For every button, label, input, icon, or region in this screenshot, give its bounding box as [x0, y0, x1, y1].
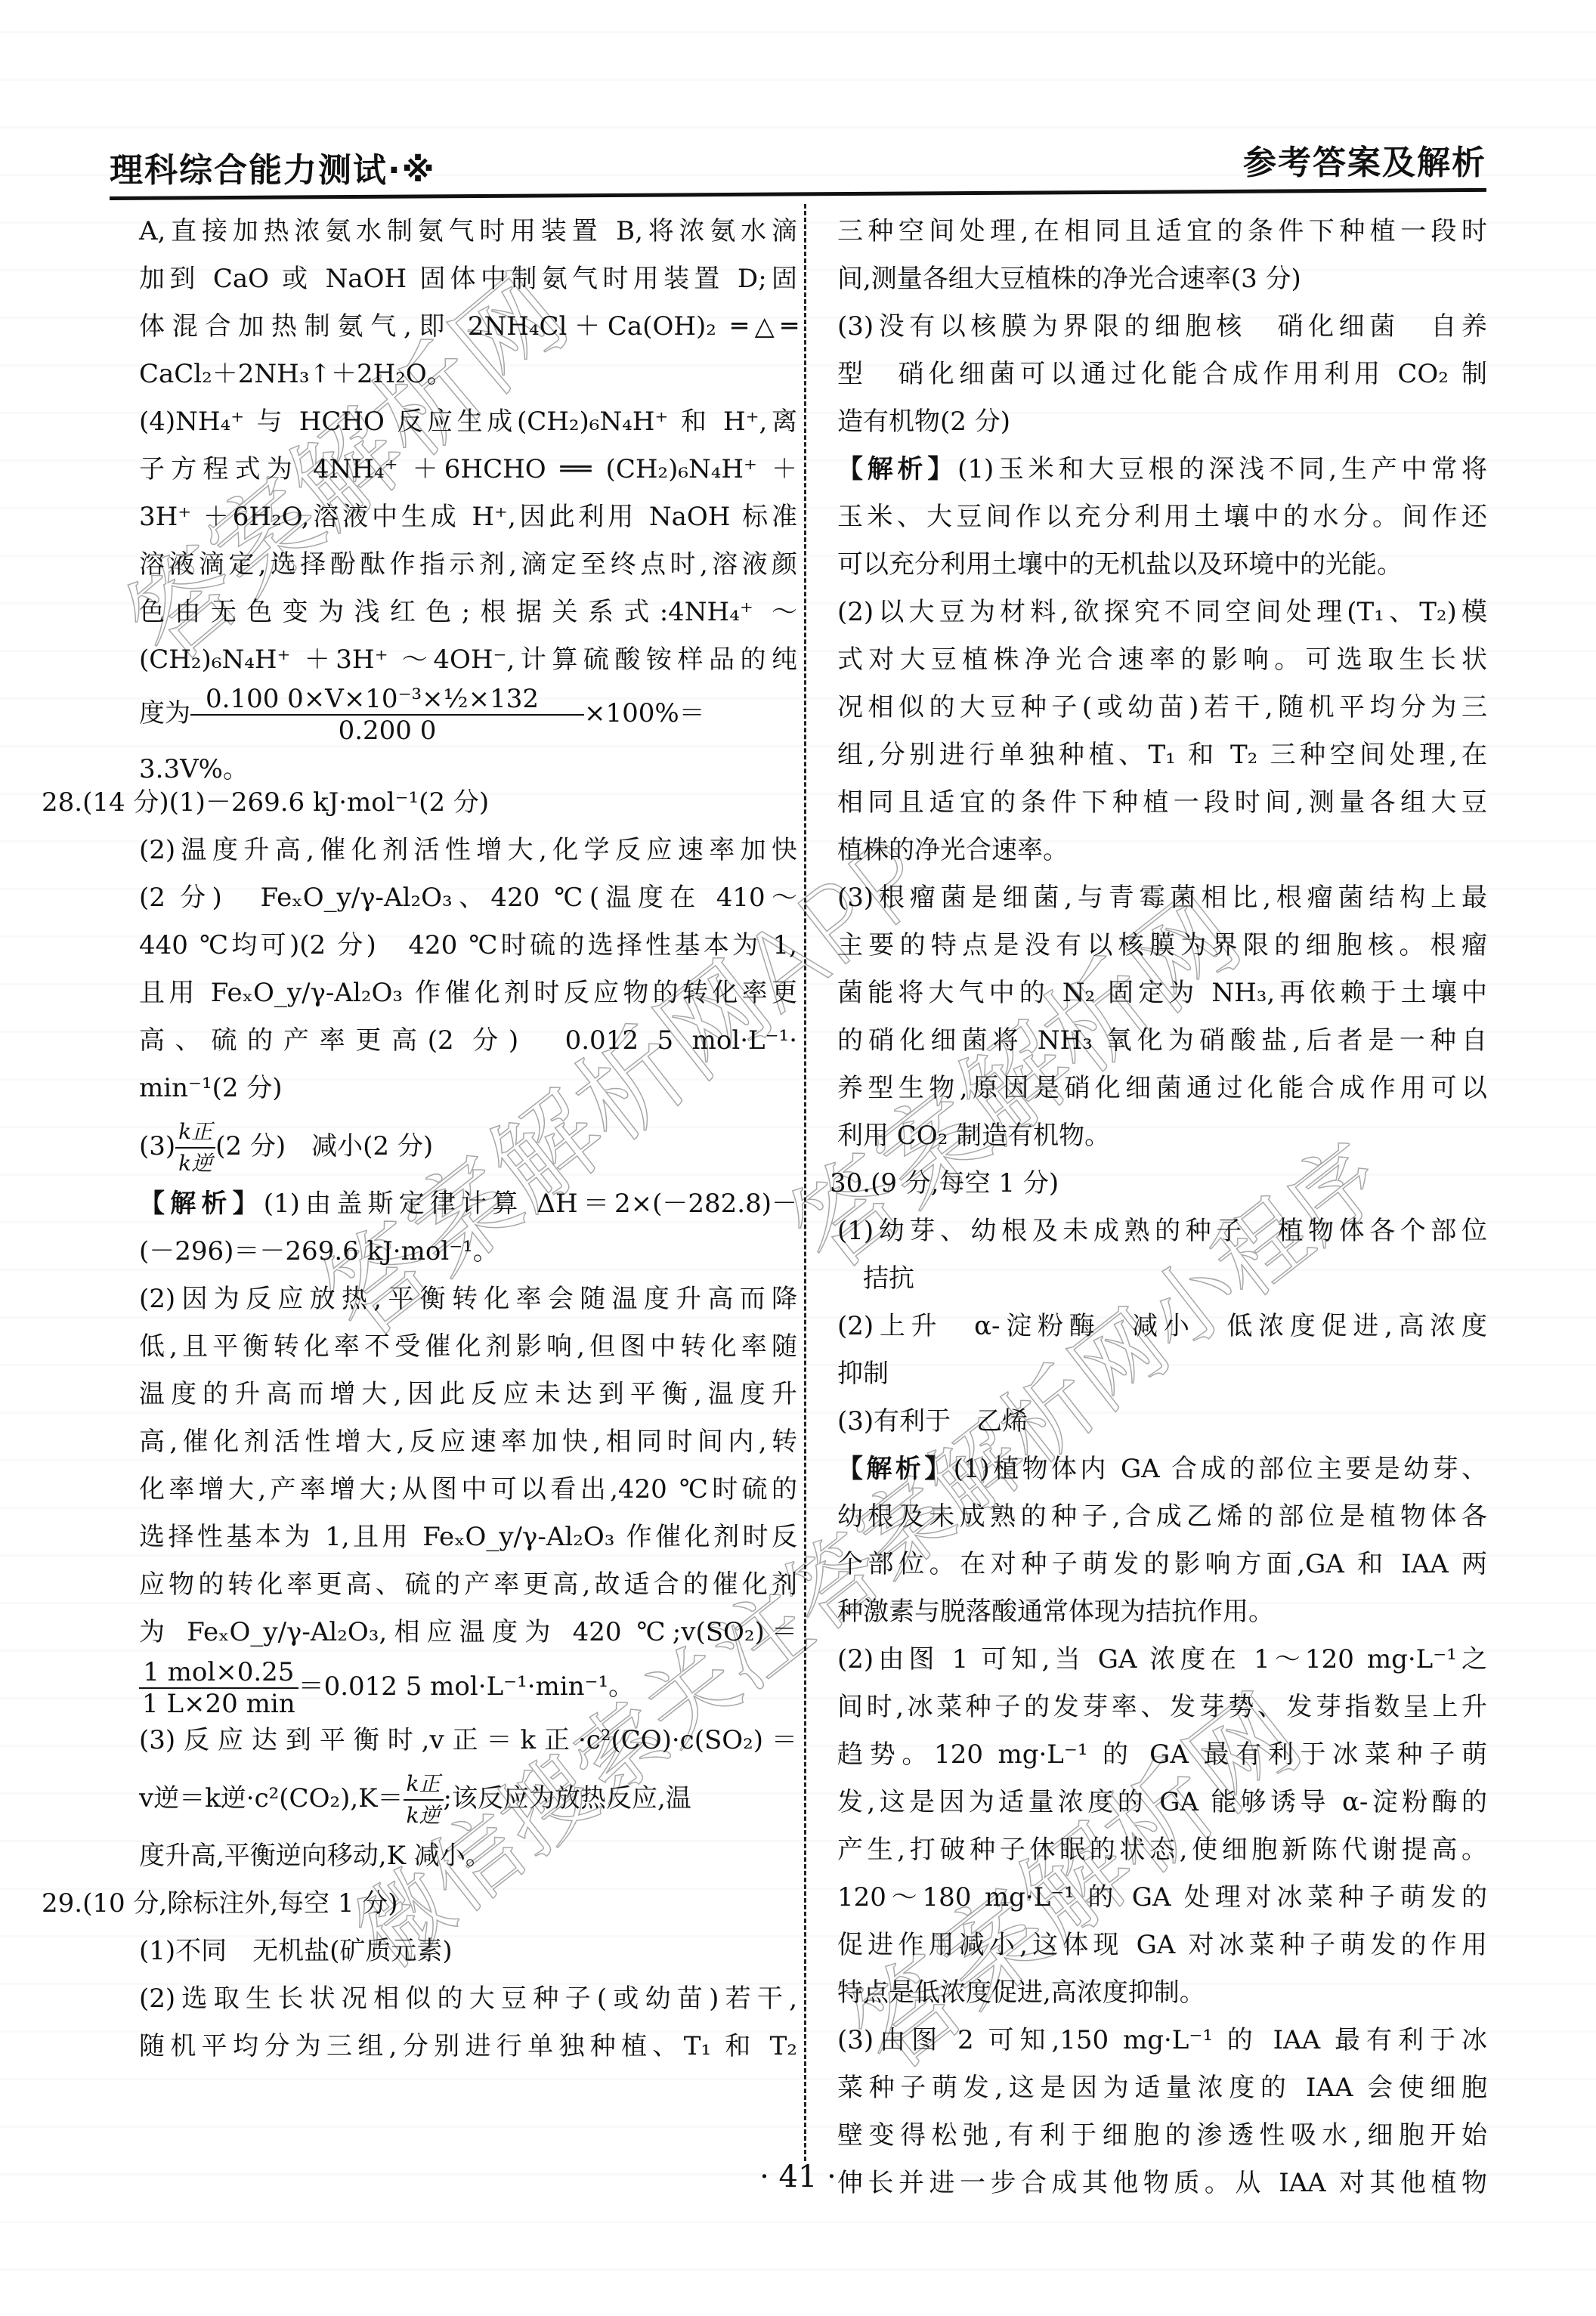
- analysis-line: 【解析】(1)玉米和大豆根的深浅不同,生产中常将: [837, 446, 1487, 493]
- q28-part3-answer: (3) k正 k逆 (2 分) 减小(2 分): [113, 1112, 797, 1180]
- text-line: 随机平均分为三组,分别进行单独种植、T₁ 和 T₂: [113, 2023, 797, 2070]
- column-divider: [804, 204, 806, 2161]
- text-line: 间,测量各组大豆植株的净光合速率(3 分): [837, 255, 1487, 303]
- fraction-numerator: 1 mol×0.25: [139, 1657, 298, 1689]
- text-line: CaCl₂＋2NH₃↑＋2H₂O。: [113, 351, 797, 398]
- fraction: k正 k逆: [175, 1117, 215, 1179]
- fraction: 1 mol×0.25 1 L×20 min: [139, 1657, 298, 1719]
- text-line: 3H⁺ ＋6H₂O,溶液中生成 H⁺,因此利用 NaOH 标准: [113, 493, 797, 541]
- text-line: 拮抗: [837, 1255, 1487, 1303]
- text-line: 色由无色变为浅红色;根据关系式:4NH₄⁺ ～: [113, 589, 797, 636]
- text-line: (2)因为反应放热,平衡转化率会随温度升高而降: [113, 1276, 797, 1323]
- text-line: 间时,冰菜种子的发芽率、发芽势、发芽指数呈上升: [837, 1684, 1487, 1731]
- text-line: min⁻¹(2 分): [113, 1065, 797, 1112]
- text-line: 特点是低浓度促进,高浓度抑制。: [837, 1969, 1487, 2017]
- question-29-head: 29.(10 分,除标注外,每空 1 分): [42, 1880, 797, 1928]
- fraction-denominator: 0.200 0: [190, 716, 584, 746]
- text-line: 温度的升高而增大,因此反应未达到平衡,温度升: [113, 1371, 797, 1418]
- fraction-numerator: k正: [404, 1769, 444, 1801]
- text-line: (3)由图 2 可知,150 mg·L⁻¹ 的 IAA 最有利于冰: [837, 2017, 1487, 2064]
- fraction: 0.100 0×V×10⁻³×½×132 0.200 0: [190, 684, 584, 746]
- text-line: 幼根及未成熟的种子,合成乙烯的部位是植物体各: [837, 1493, 1487, 1541]
- text-line: 养型生物,原因是硝化细菌通过化能合成作用可以: [837, 1065, 1487, 1112]
- fraction-denominator: k逆: [175, 1149, 215, 1179]
- fraction-denominator: k逆: [404, 1801, 444, 1831]
- text-line: 高、硫的产率更高(2 分) 0.012 5 mol·L⁻¹·: [113, 1017, 797, 1065]
- text-line: 子方程式为 4NH₄⁺ ＋6HCHO ══ (CH₂)₆N₄H⁺ ＋: [113, 446, 797, 493]
- analysis-line: 【解析】(1)植物体内 GA 合成的部位主要是幼芽、: [837, 1446, 1487, 1493]
- text-line: 菜种子萌发,这是因为适量浓度的 IAA 会使细胞: [837, 2064, 1487, 2112]
- text-line: (4)NH₄⁺ 与 HCHO 反应生成(CH₂)₆N₄H⁺ 和 H⁺,离: [113, 398, 797, 446]
- text-line: 相同且适宜的条件下种植一段时间,测量各组大豆: [837, 779, 1487, 827]
- text-line: (3)反应达到平衡时,v正＝k正·c²(CO)·c(SO₂)＝: [113, 1717, 797, 1764]
- text-line: 造有机物(2 分): [837, 398, 1487, 446]
- text-line: 高,催化剂活性增大,反应速率加快,相同时间内,转: [113, 1418, 797, 1466]
- text-line: (1)幼芽、幼根及未成熟的种子 植物体各个部位: [837, 1207, 1487, 1255]
- text-line: 选择性基本为 1,且用 FeₓO_y/γ-Al₂O₃ 作催化剂时反: [113, 1514, 797, 1561]
- header-subject-title: 理科综合能力测试·※: [110, 143, 436, 191]
- answer-text: (2 分) 减小(2 分): [215, 1131, 433, 1161]
- text-line: 趋势。120 mg·L⁻¹ 的 GA 最有利于冰菜种子萌: [837, 1731, 1487, 1779]
- text-line: 化率增大,产率增大;从图中可以看出,420 ℃时硫的: [113, 1466, 797, 1514]
- analysis-label: 【解析】: [837, 1454, 954, 1484]
- part-label: (3): [139, 1131, 175, 1161]
- analysis-text: (1)植物体内 GA 合成的部位主要是幼芽、: [954, 1454, 1487, 1484]
- text-line: (－296)＝－269.6 kJ·mol⁻¹。: [113, 1228, 797, 1276]
- analysis-line: 【解析】(1)由盖斯定律计算 ΔH＝2×(－282.8)－: [113, 1180, 797, 1228]
- formula-prefix: v逆＝k逆·c²(CO₂),K＝: [139, 1783, 404, 1814]
- text-line: 玉米、大豆间作以充分利用土壤中的水分。间作还: [837, 493, 1487, 541]
- text-line: 体混合加热制氨气,即 2NH₄Cl＋Ca(OH)₂ ═△═: [113, 303, 797, 351]
- text-line: 为 FeₓO_y/γ-Al₂O₃,相应温度为 420 ℃;v(SO₂)＝: [113, 1609, 797, 1656]
- text-line: 低,且平衡转化率不受催化剂影响,但图中转化率随: [113, 1323, 797, 1371]
- formula-suffix: ＝0.012 5 mol·L⁻¹·min⁻¹。: [298, 1671, 635, 1702]
- rate-formula: 1 mol×0.25 1 L×20 min ＝0.012 5 mol·L⁻¹·m…: [113, 1656, 797, 1717]
- text-line: 式对大豆植株净光合速率的影响。可选取生长状: [837, 636, 1487, 684]
- text-line: (1)不同 无机盐(矿质元素): [113, 1928, 797, 1975]
- text-line: 组,分别进行单独种植、T₁ 和 T₂ 三种空间处理,在: [837, 731, 1487, 779]
- analysis-label: 【解析】: [139, 1189, 264, 1219]
- page-number: · 41 ·: [0, 2160, 1596, 2194]
- text-line: 况相似的大豆种子(或幼苗)若干,随机平均分为三: [837, 684, 1487, 731]
- text-line: (2)选取生长状况相似的大豆种子(或幼苗)若干,: [113, 1975, 797, 2023]
- text-line: (CH₂)₆N₄H⁺ ＋3H⁺ ～4OH⁻,计算硫酸铵样品的纯: [113, 636, 797, 684]
- text-line: 菌能将大气中的 N₂ 固定为 NH₃,再依赖于土壤中: [837, 969, 1487, 1017]
- text-line: 度升高,平衡逆向移动,K 减小。: [113, 1832, 797, 1880]
- question-30-head: 30.(9 分,每空 1 分): [830, 1160, 1487, 1207]
- text-line: A,直接加热浓氨水制氨气时用装置 B,将浓氨水滴: [113, 208, 797, 255]
- text-line: (2 分) Feₓ​O_y/γ-Al₂O₃、420 ℃(温度在 410～: [113, 874, 797, 922]
- text-line: 且用 FeₓO_y/γ-Al₂O₃ 作催化剂时反应物的转化率更: [113, 969, 797, 1017]
- text-line: (3)有利于 乙烯: [837, 1398, 1487, 1446]
- text-line: 应物的转化率更高、硫的产率更高,故适合的催化剂: [113, 1561, 797, 1609]
- right-column: 三种空间处理,在相同且适宜的条件下种植一段时 间,测量各组大豆植株的净光合速率(…: [837, 208, 1487, 2207]
- text-line: (2)以大豆为材料,欲探究不同空间处理(T₁、T₂)模: [837, 589, 1487, 636]
- analysis-text: (1)由盖斯定律计算 ΔH＝2×(－282.8)－: [264, 1189, 797, 1219]
- text-line: 促进作用减小,这体现 GA 对冰菜种子萌发的作用: [837, 1922, 1487, 1969]
- analysis-label: 【解析】: [837, 454, 957, 484]
- text-line: 可以充分利用土壤中的无机盐以及环境中的光能。: [837, 541, 1487, 589]
- fraction-numerator: k正: [175, 1117, 215, 1149]
- text-line: 加到 CaO 或 NaOH 固体中制氨气时用装置 D;固: [113, 255, 797, 303]
- page-header: 理科综合能力测试·※ 参考答案及解析: [110, 147, 1486, 200]
- text-line: 型 硝化细菌可以通过化能合成作用利用 CO₂ 制: [837, 351, 1487, 398]
- text-line: (3)没有以核膜为界限的细胞核 硝化细菌 自养: [837, 303, 1487, 351]
- fraction: k正 k逆: [404, 1769, 444, 1831]
- text-line: 产生,打破种子休眠的状态,使细胞新陈代谢提高。: [837, 1826, 1487, 1874]
- text-line: 个部位。在对种子萌发的影响方面,GA 和 IAA 两: [837, 1541, 1487, 1588]
- text-line: 壁变得松弛,有利于细胞的渗透性吸水,细胞开始: [837, 2112, 1487, 2160]
- text-line: (2)温度升高,催化剂活性增大,化学反应速率加快: [113, 827, 797, 874]
- text-line: (2)由图 1 可知,当 GA 浓度在 1～120 mg·L⁻¹之: [837, 1636, 1487, 1684]
- formula-suffix: ;该反应为放热反应,温: [444, 1783, 691, 1814]
- fraction-numerator: 0.100 0×V×10⁻³×½×132: [190, 684, 584, 716]
- text-line: 植株的净光合速率。: [837, 827, 1487, 874]
- text-line: 种激素与脱落酸通常体现为拮抗作用。: [837, 1588, 1487, 1636]
- text-line: 的硝化细菌将 NH₃ 氧化为硝酸盐,后者是一种自: [837, 1017, 1487, 1065]
- text-line: 抑制: [837, 1350, 1487, 1398]
- text-line: (2)上升 α-淀粉酶 减小 低浓度促进,高浓度: [837, 1303, 1487, 1350]
- header-section-title: 参考答案及解析: [1243, 135, 1486, 184]
- analysis-text: (1)玉米和大豆根的深浅不同,生产中常将: [957, 454, 1487, 484]
- text-line: 溶液滴定,选择酚酞作指示剂,滴定至终点时,溶液颜: [113, 541, 797, 589]
- purity-formula: 度为 0.100 0×V×10⁻³×½×132 0.200 0 ×100%＝3.…: [113, 684, 797, 779]
- k-formula-line: v逆＝k逆·c²(CO₂),K＝ k正 k逆 ;该反应为放热反应,温: [113, 1764, 797, 1832]
- fraction-denominator: 1 L×20 min: [139, 1689, 298, 1719]
- text-line: (3)根瘤菌是细菌,与青霉菌相比,根瘤菌结构上最: [837, 874, 1487, 922]
- left-column: A,直接加热浓氨水制氨气时用装置 B,将浓氨水滴 加到 CaO 或 NaOH 固…: [113, 208, 797, 2070]
- text-line: 主要的特点是没有以核膜为界限的细胞核。根瘤: [837, 922, 1487, 969]
- text-line: 发,这是因为适量浓度的 GA 能够诱导 α-淀粉酶的: [837, 1779, 1487, 1826]
- text-line: 120～180 mg·L⁻¹ 的 GA 处理对冰菜种子萌发的: [837, 1874, 1487, 1922]
- formula-prefix: 度为: [139, 698, 190, 728]
- text-line: 利用 CO₂ 制造有机物。: [837, 1112, 1487, 1160]
- text-line: 三种空间处理,在相同且适宜的条件下种植一段时: [837, 208, 1487, 255]
- text-line: 440 ℃均可)(2 分) 420 ℃时硫的选择性基本为 1,: [113, 922, 797, 969]
